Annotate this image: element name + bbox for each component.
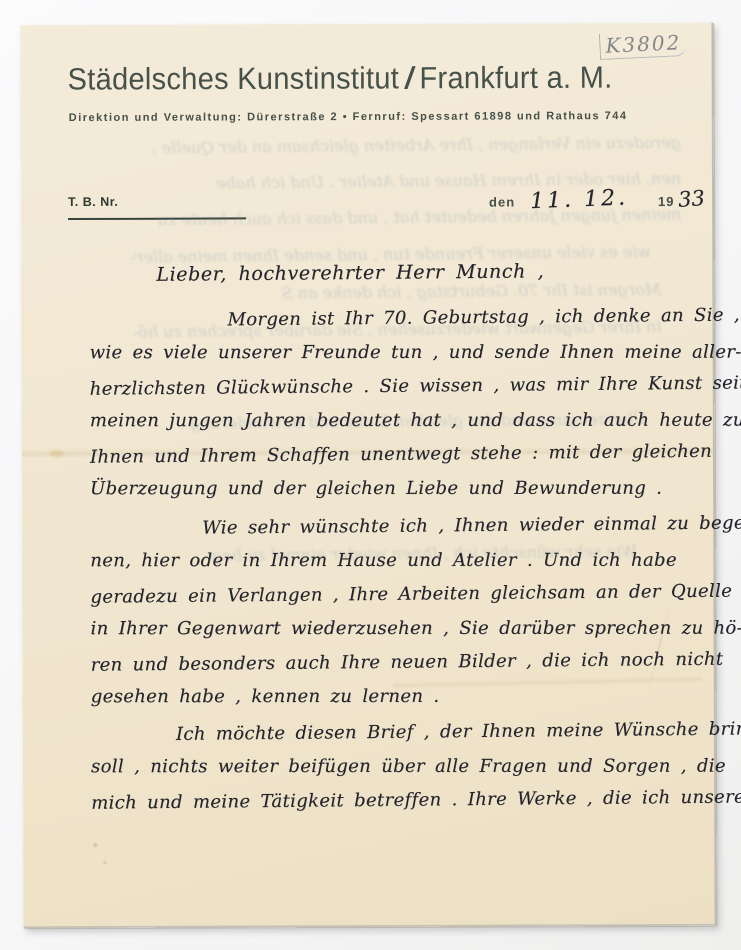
letterhead-address-line: Direktion und Verwaltung: Dürerstraße 2 … bbox=[69, 110, 689, 124]
letterhead-separator-slash: / bbox=[405, 62, 413, 96]
paragraph: Ich möchte diesen Brief , der Ihnen mein… bbox=[91, 715, 671, 819]
reference-label: T. B. Nr. bbox=[68, 195, 118, 209]
archive-number-annotation: K3802 bbox=[599, 30, 686, 60]
paper-speck bbox=[103, 861, 106, 864]
handwritten-line: Ihnen und Ihrem Schaffen unentwegt stehe… bbox=[90, 435, 670, 474]
letterhead: Städelsches Kunstinstitut/Frankfurt a. M… bbox=[20, 23, 711, 25]
paper-stain bbox=[50, 450, 64, 457]
scanned-letter-page: geradezu ein Verlangen , Ihre Arbeiten g… bbox=[0, 0, 741, 950]
handwritten-line: gesehen habe , kennen zu lernen . bbox=[91, 679, 671, 713]
letterhead-city: Frankfurt a. M. bbox=[419, 61, 612, 96]
letter-paper: geradezu ein Verlangen , Ihre Arbeiten g… bbox=[20, 23, 716, 928]
ink-bleedthrough-layer: geradezu ein Verlangen , Ihre Arbeiten g… bbox=[20, 23, 711, 25]
paragraph: Morgen ist Ihr 70. Geburtstag , ich denk… bbox=[89, 301, 670, 506]
handwritten-line: Wie sehr wünschte ich , Ihnen wieder ein… bbox=[90, 507, 670, 546]
letterhead-institution: Städelsches Kunstinstitut bbox=[68, 62, 400, 97]
letterhead-title: Städelsches Kunstinstitut/Frankfurt a. M… bbox=[68, 61, 693, 98]
handwritten-line: in Ihrer Gegenwart wiederzusehen , Sie d… bbox=[91, 611, 671, 645]
salutation: Lieber, hochverehrter Herr Munch , bbox=[156, 260, 544, 285]
paragraph: Wie sehr wünschte ich , Ihnen wieder ein… bbox=[90, 509, 671, 714]
handwritten-line: Morgen ist Ihr 70. Geburtstag , ich denk… bbox=[89, 299, 669, 338]
handwritten-line: soll , nichts weiter beifügen über alle … bbox=[91, 750, 671, 784]
handwritten-line: meinen jungen Jahren bedeutet hat , und … bbox=[90, 403, 670, 437]
letter-body: Morgen ist Ihr 70. Geburtstag , ich denk… bbox=[20, 23, 711, 25]
handwritten-line: Überzeugung und der gleichen Liebe und B… bbox=[90, 471, 670, 505]
handwritten-line: mich und meine Tätigkeit betreffen . Ihr… bbox=[91, 781, 671, 820]
handwritten-line: nen, hier oder in Ihrem Hause und Atelie… bbox=[90, 544, 670, 578]
paper-speck bbox=[93, 843, 97, 847]
handwritten-line: wie es viele unserer Freunde tun , und s… bbox=[90, 336, 670, 370]
handwritten-line: ren und besonders auch Ihre neuen Bilder… bbox=[91, 643, 671, 682]
handwritten-line: herzlichsten Glückwünsche . Sie wissen ,… bbox=[90, 367, 670, 406]
handwritten-year: 33 bbox=[677, 186, 705, 212]
bleedthrough-line: geradezu ein Verlangen , Ihre Arbeiten g… bbox=[61, 133, 681, 158]
handwritten-line: geradezu ein Verlangen , Ihre Arbeiten g… bbox=[90, 575, 670, 614]
handwritten-line: Ich möchte diesen Brief , der Ihnen mein… bbox=[91, 713, 671, 752]
